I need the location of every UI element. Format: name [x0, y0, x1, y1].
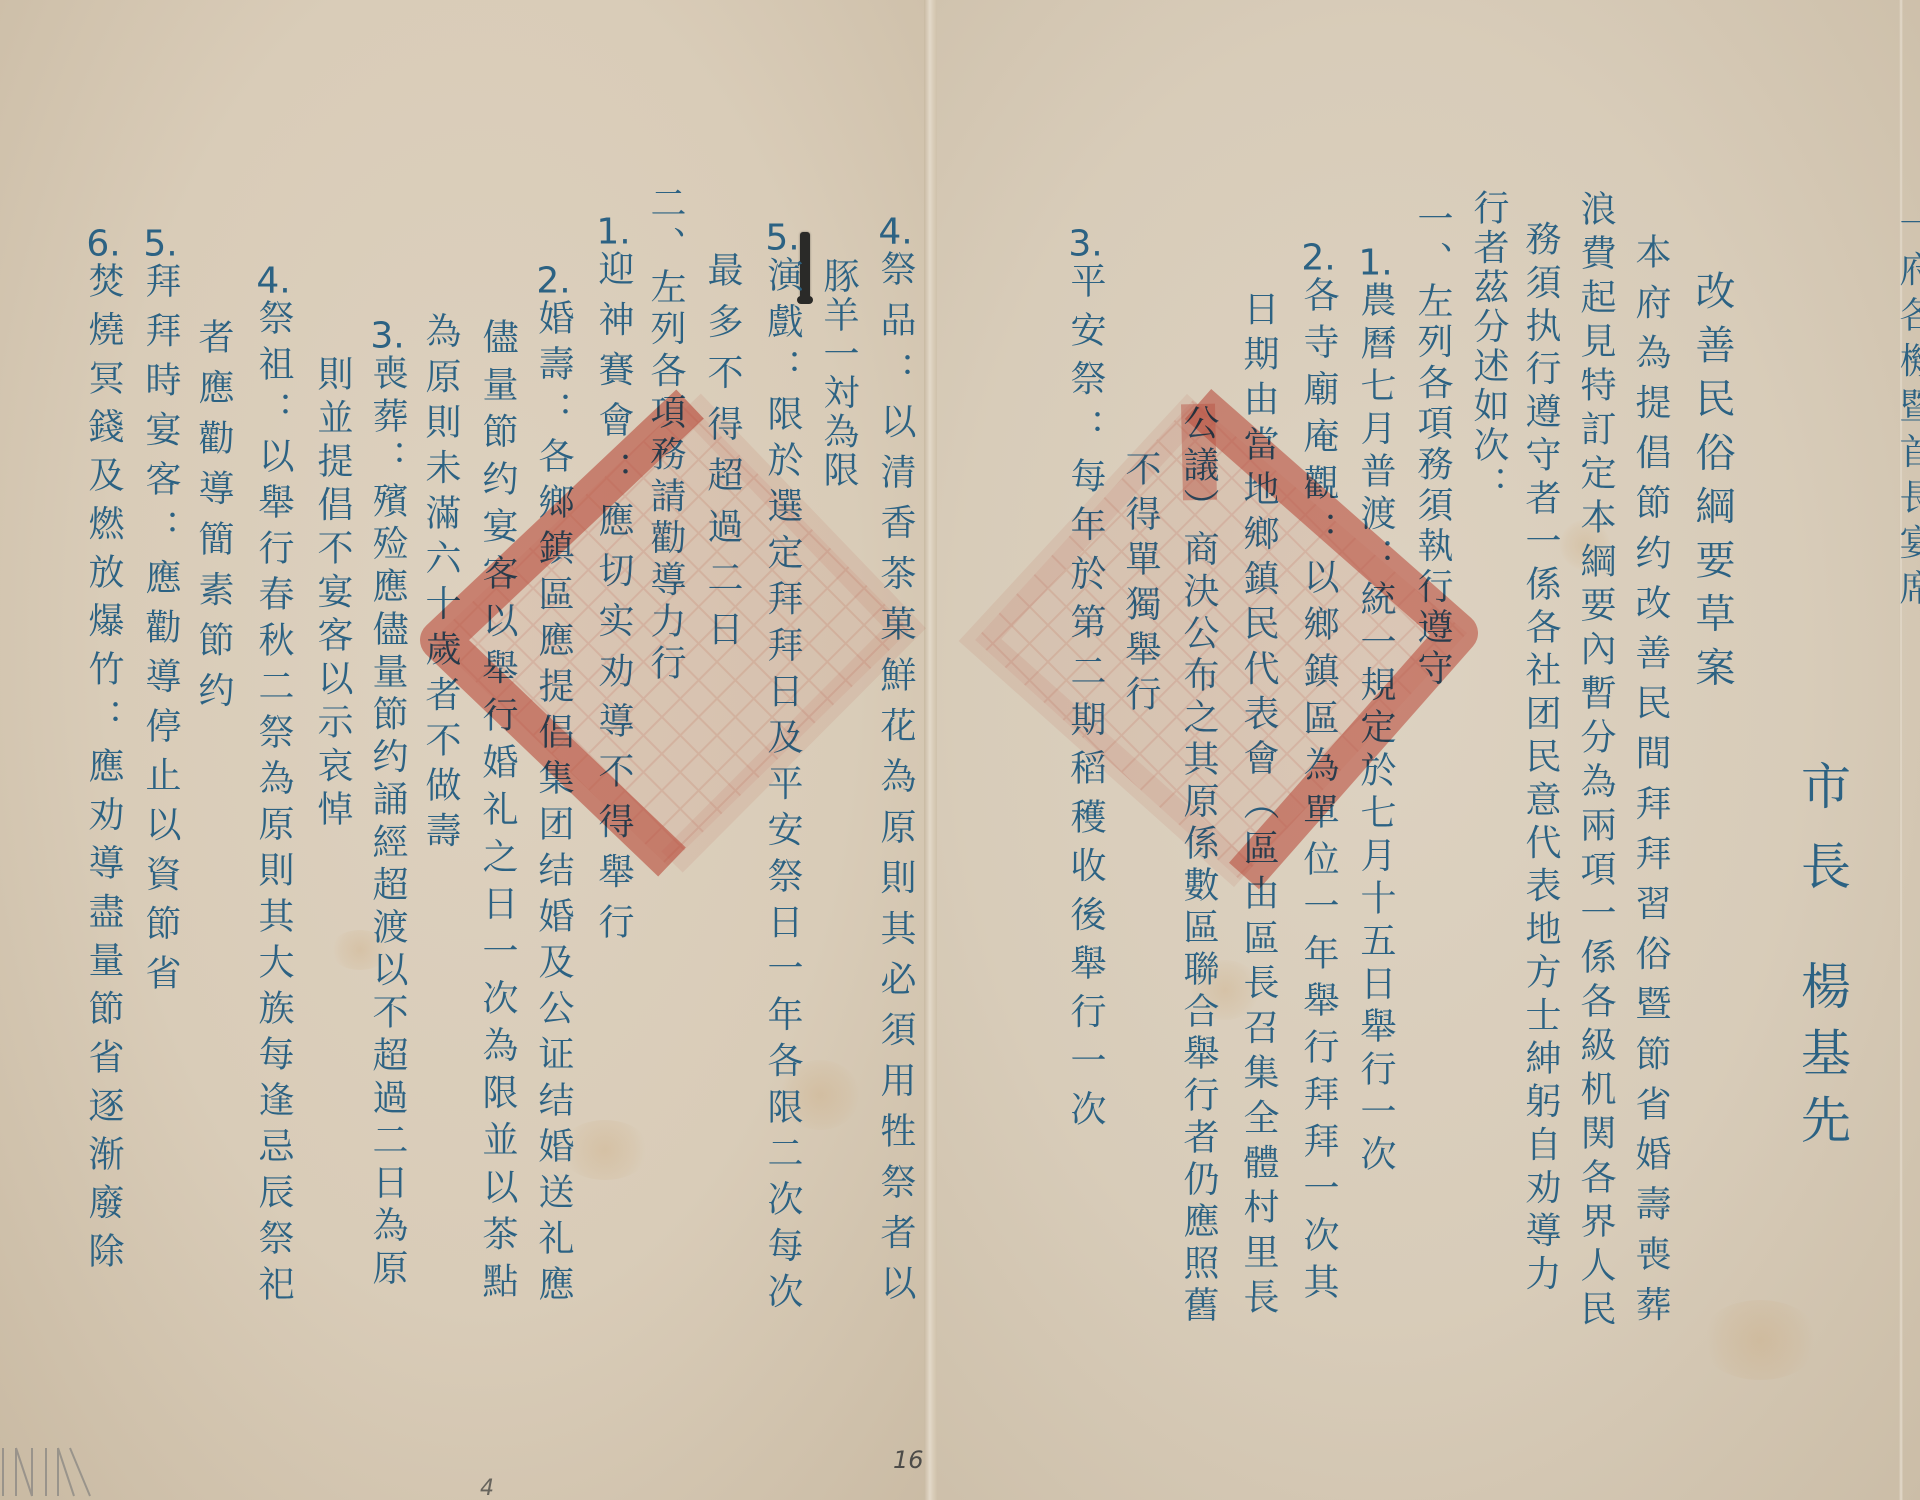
section-2-item-5: 5.拜拜時宴客：應勸導停止以資節省 — [142, 226, 178, 1003]
page-number: 16 — [893, 1446, 924, 1474]
section-2-item-4-line-2: 者應勸導簡素節约 — [195, 318, 231, 722]
signature-title: 市長 — [1797, 760, 1847, 920]
section-2-heading: 二、左列各項務請勸導力行 — [647, 184, 683, 686]
section-2-item-2: 2.婚壽：各鄉鎮區應提倡集团结婚及公证结婚送礼應 — [535, 263, 571, 1311]
item-text: 演戲：限於選定拜拜日及平安祭日一年各限二次每次 — [762, 256, 803, 1319]
item-text: 祭祖：以舉行春秋二祭為原則其大族每逢忌辰祭祀 — [253, 299, 294, 1311]
preamble-line-4: 行者茲分述如次： — [1470, 189, 1506, 505]
item-number: 4. — [875, 214, 916, 250]
item-number: 2. — [533, 263, 574, 299]
item-text: 祭品：以清香茶菓鮮花為原則其必須用牲祭者以 — [875, 250, 916, 1315]
section-2-item-3: 3.喪葬：殯殓應儘量節约誦經超渡以不超過二日為原 — [369, 318, 405, 1291]
item-text: 喪葬：殯殓應儘量節约誦經超渡以不超過二日為原 — [367, 354, 408, 1291]
item-number: 1. — [1355, 245, 1396, 281]
section-1-item-3: 3.平安祭：每年於第二期稻穫收後舉行一次 — [1067, 226, 1103, 1139]
item-text: 平安祭：每年於第二期稻穫收後舉行一次 — [1065, 262, 1106, 1139]
item-text: 婚壽：各鄉鎮區應提倡集团结婚及公证结婚送礼應 — [533, 299, 574, 1311]
item-number: 5. — [762, 220, 803, 256]
item-text: 農曆七月普渡：統一規定於七月十五日舉行一次 — [1355, 281, 1396, 1178]
section-1-item-2-line-4: 不得單獨舉行 — [1122, 450, 1158, 720]
item-number: 3. — [1065, 226, 1106, 262]
section-2-item-2-line-2: 儘量節约宴客以舉行婚礼之日一次為限並以茶點 — [479, 318, 515, 1309]
item-number: 3. — [367, 318, 408, 354]
item-number: 2. — [1298, 240, 1339, 276]
item-text: 拜拜時宴客：應勸導停止以資節省 — [140, 262, 181, 1003]
section-2-item-4: 4.祭祖：以舉行春秋二祭為原則其大族每逢忌辰祭祀 — [255, 263, 291, 1311]
paper-stain — [1700, 1300, 1820, 1380]
section-2-item-6: 6.焚燒冥錢及燃放爆竹：應劝導盡量節省逐渐廢除 — [85, 226, 121, 1281]
section-1-heading: 一、左列各項務須執行遵守 — [1414, 200, 1450, 690]
section-1-item-2-line-3: 公議）商決公布之其原係數區聯合舉行者仍應照舊 — [1180, 404, 1216, 1328]
section-2-item-1: 1.迎神賽會：應切实劝導不得舉行 — [595, 214, 631, 953]
item-number: 4. — [253, 263, 294, 299]
section-1-item-4-line-2: 豚羊一対為限 — [820, 257, 856, 490]
section-2-item-2-line-3: 為原則未滿六十歲者不做壽 — [422, 312, 458, 857]
pencil-mark: 4 — [480, 1476, 494, 1500]
item-text: 迎神賽會：應切实劝導不得舉行 — [593, 250, 634, 953]
signature-name: 楊基先 — [1797, 960, 1847, 1160]
section-1-item-4: 4.祭品：以清香茶菓鮮花為原則其必須用牲祭者以 — [877, 214, 913, 1315]
center-fold — [924, 0, 937, 1500]
item-number: 1. — [593, 214, 634, 250]
item-number: 5. — [140, 226, 181, 262]
margin-fragment-text: 一府各機暨首長宴席 — [1896, 205, 1920, 615]
section-1-item-5-line-2: 最多不得超過二日 — [704, 251, 740, 661]
section-1-item-2-line-2: 日期由當地鄉鎮民代表會（區由區長召集全體村里長 — [1240, 290, 1276, 1323]
document-title: 改善民俗綱要草案 — [1692, 270, 1732, 700]
museum-logo-icon — [0, 1446, 96, 1498]
preamble-line-2: 浪費起見特訂定本綱要內暫分為兩項一係各級机関各界人民 — [1577, 190, 1613, 1334]
section-1-item-1: 1.農曆七月普渡：統一規定於七月十五日舉行一次 — [1357, 245, 1393, 1178]
section-1-item-2: 2.各寺廟庵觀：以鄉鎮區為單位一年舉行拜拜一次其 — [1300, 240, 1336, 1310]
item-text: 各寺廟庵觀：以鄉鎮區為單位一年舉行拜拜一次其 — [1298, 276, 1339, 1310]
item-text: 焚燒冥錢及燃放爆竹：應劝導盡量節省逐渐廢除 — [83, 262, 124, 1281]
clipped-margin-column: 一府各機暨首長宴席 — [1896, 0, 1920, 1500]
section-1-item-5: 5.演戲：限於選定拜拜日及平安祭日一年各限二次每次 — [764, 220, 800, 1319]
preamble-line-1: 本府為提倡節约改善民間拜拜習俗暨節省婚壽喪葬 — [1632, 233, 1668, 1335]
item-number: 6. — [83, 226, 124, 262]
section-2-item-3-line-2: 則並提倡不宴客以示哀悼 — [314, 355, 350, 834]
preamble-line-3: 務須执行遵守者一係各社团民意代表地方士紳躬自劝導力 — [1522, 220, 1558, 1298]
